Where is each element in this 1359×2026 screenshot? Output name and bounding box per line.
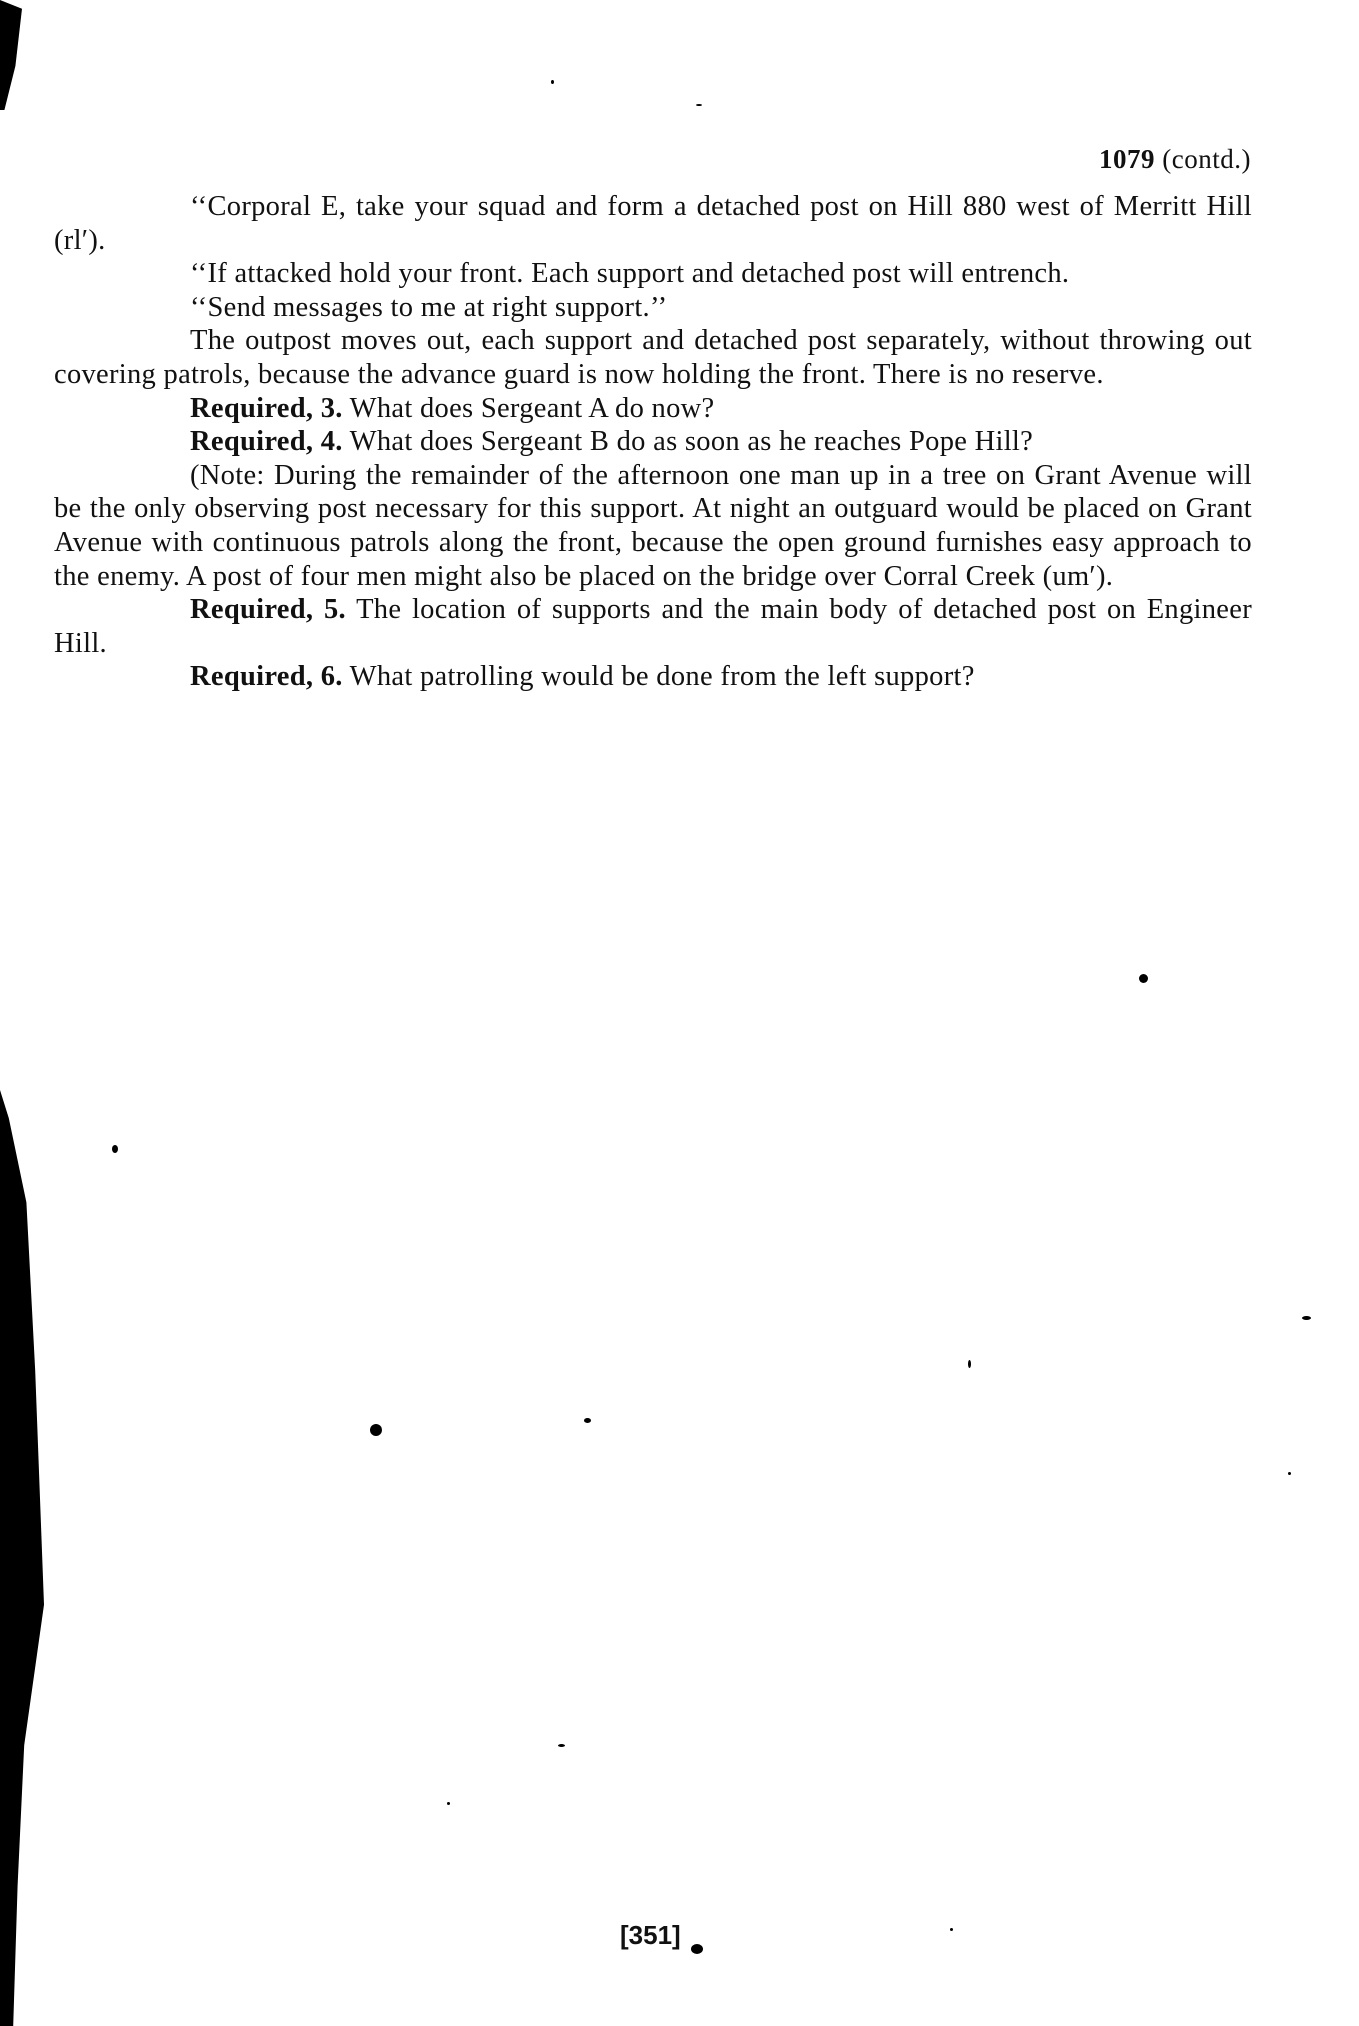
section-header: 1079 (contd.) (1099, 144, 1251, 175)
required-label: Required, 6. (190, 661, 343, 692)
required-label: Required, 3. (190, 393, 343, 424)
paragraph-order-messages: ‘‘Send messages to me at right support.’… (54, 291, 1252, 325)
scan-speck (447, 1802, 450, 1805)
required-label: Required, 5. (190, 594, 346, 625)
paragraph-required-4: Required, 4. What does Sergeant B do as … (54, 425, 1252, 459)
scan-speck (112, 1145, 118, 1153)
page-number: [351] (620, 1920, 681, 1951)
scan-speck (551, 80, 554, 84)
scan-speck (691, 1944, 703, 1954)
scan-speck (1288, 1472, 1291, 1475)
paragraph-required-5: Required, 5. The location of supports an… (54, 593, 1252, 660)
scan-speck (1302, 1316, 1311, 1320)
binding-shadow-top (0, 0, 22, 110)
body-text: ‘‘Corporal E, take your squad and form a… (54, 190, 1252, 694)
paragraph-order-attack: ‘‘If attacked hold your front. Each supp… (54, 257, 1252, 291)
scan-speck (584, 1418, 591, 1423)
binding-shadow-edge (0, 1090, 44, 2026)
section-suffix: (contd.) (1162, 144, 1251, 174)
scan-speck (370, 1424, 382, 1436)
paragraph-note: (Note: During the remainder of the after… (54, 459, 1252, 593)
scan-speck (968, 1360, 971, 1368)
scan-speck (558, 1744, 565, 1747)
required-label: Required, 4. (190, 426, 343, 457)
paragraph-order-corporal: ‘‘Corporal E, take your squad and form a… (54, 190, 1252, 257)
paragraph-outpost-moves: The outpost moves out, each support and … (54, 324, 1252, 391)
paragraph-required-3: Required, 3. What does Sergeant A do now… (54, 392, 1252, 426)
section-number: 1079 (1099, 144, 1155, 174)
scan-speck (696, 104, 702, 106)
scan-speck (1139, 974, 1148, 983)
scan-speck (950, 1928, 953, 1931)
paragraph-required-6: Required, 6. What patrolling would be do… (54, 660, 1252, 694)
